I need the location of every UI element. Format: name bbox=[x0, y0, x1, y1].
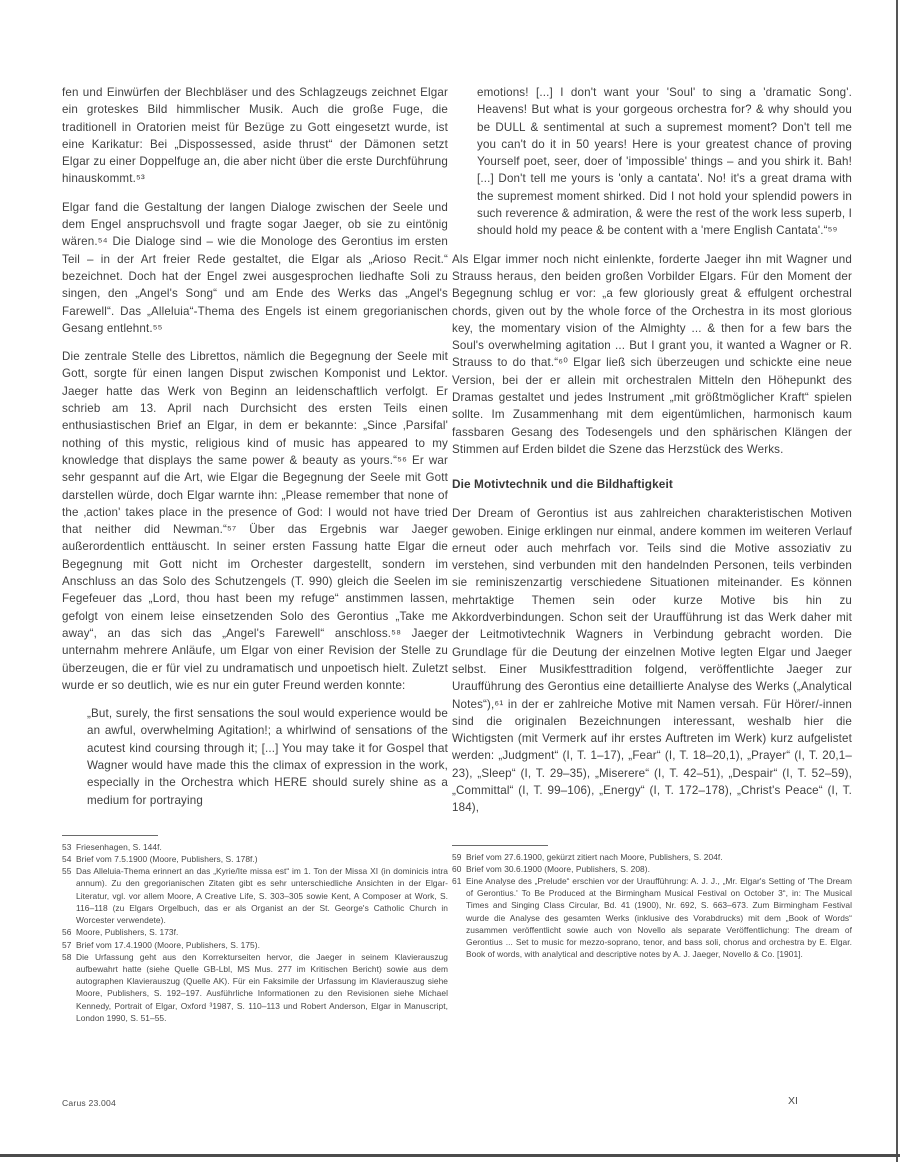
footnote-text: Brief vom 17.4.1900 (Moore, Publishers, … bbox=[76, 939, 448, 951]
left-column: fen und Einwürfen der Blechbläser und de… bbox=[62, 84, 448, 1024]
paragraph: Die zentrale Stelle des Librettos, nämli… bbox=[62, 348, 448, 694]
footnote-text: Die Urfassung geht aus den Korrekturseit… bbox=[76, 951, 448, 1024]
footnote-number: 55 bbox=[62, 865, 76, 926]
footnote-text: Brief vom 27.6.1900, gekürzt zitiert nac… bbox=[466, 851, 852, 863]
edition-number: Carus 23.004 bbox=[62, 1098, 116, 1108]
footnote: 61 Eine Analyse des „Prelude“ erschien v… bbox=[452, 875, 852, 960]
footnote-divider bbox=[452, 845, 548, 846]
footnote: 59 Brief vom 27.6.1900, gekürzt zitiert … bbox=[452, 851, 852, 863]
scan-edge-right bbox=[896, 0, 898, 1162]
footnote-number: 53 bbox=[62, 841, 76, 853]
footnote-text: Friesenhagen, S. 144f. bbox=[76, 841, 448, 853]
block-quote-continuation: emotions! [...] I don't want your 'Soul'… bbox=[477, 84, 852, 240]
footnote-number: 56 bbox=[62, 926, 76, 938]
page-number: XI bbox=[788, 1095, 798, 1107]
footnote: 54 Brief vom 7.5.1900 (Moore, Publishers… bbox=[62, 853, 448, 865]
footnote-number: 57 bbox=[62, 939, 76, 951]
footnote: 55 Das Alleluia-Thema erinnert an das „K… bbox=[62, 865, 448, 926]
paragraph: Elgar fand die Gestaltung der langen Dia… bbox=[62, 199, 448, 337]
footnote-number: 59 bbox=[452, 851, 466, 863]
scan-edge-bottom bbox=[0, 1154, 900, 1157]
scanned-book-page: fen und Einwürfen der Blechbläser und de… bbox=[0, 0, 900, 1162]
footnote: 60 Brief vom 30.6.1900 (Moore, Publisher… bbox=[452, 863, 852, 875]
footnote-number: 60 bbox=[452, 863, 466, 875]
footnote-text: Moore, Publishers, S. 173f. bbox=[76, 926, 448, 938]
footnote-text: Brief vom 30.6.1900 (Moore, Publishers, … bbox=[466, 863, 852, 875]
footnote: 57 Brief vom 17.4.1900 (Moore, Publisher… bbox=[62, 939, 448, 951]
right-column: emotions! [...] I don't want your 'Soul'… bbox=[452, 84, 852, 960]
paragraph: fen und Einwürfen der Blechbläser und de… bbox=[62, 84, 448, 188]
footnote-text: Eine Analyse des „Prelude“ erschien vor … bbox=[466, 875, 852, 960]
block-quote: „But, surely, the first sensations the s… bbox=[87, 705, 448, 809]
footnote: 58 Die Urfassung geht aus den Korrekturs… bbox=[62, 951, 448, 1024]
footnote-divider bbox=[62, 835, 158, 836]
footnote-text: Brief vom 7.5.1900 (Moore, Publishers, S… bbox=[76, 853, 448, 865]
footnotes-right: 59 Brief vom 27.6.1900, gekürzt zitiert … bbox=[452, 845, 852, 961]
paragraph: Als Elgar immer noch nicht einlenkte, fo… bbox=[452, 251, 852, 459]
footnote-number: 61 bbox=[452, 875, 466, 960]
footnote-text: Das Alleluia-Thema erinnert an das „Kyri… bbox=[76, 865, 448, 926]
paragraph: Der Dream of Gerontius ist aus zahlreich… bbox=[452, 505, 852, 816]
footnote: 56 Moore, Publishers, S. 173f. bbox=[62, 926, 448, 938]
section-heading: Die Motivtechnik und die Bildhaftigkeit bbox=[452, 476, 852, 493]
footnotes-left: 53 Friesenhagen, S. 144f. 54 Brief vom 7… bbox=[62, 835, 448, 1024]
footnote: 53 Friesenhagen, S. 144f. bbox=[62, 841, 448, 853]
footnote-number: 58 bbox=[62, 951, 76, 1024]
footnote-number: 54 bbox=[62, 853, 76, 865]
